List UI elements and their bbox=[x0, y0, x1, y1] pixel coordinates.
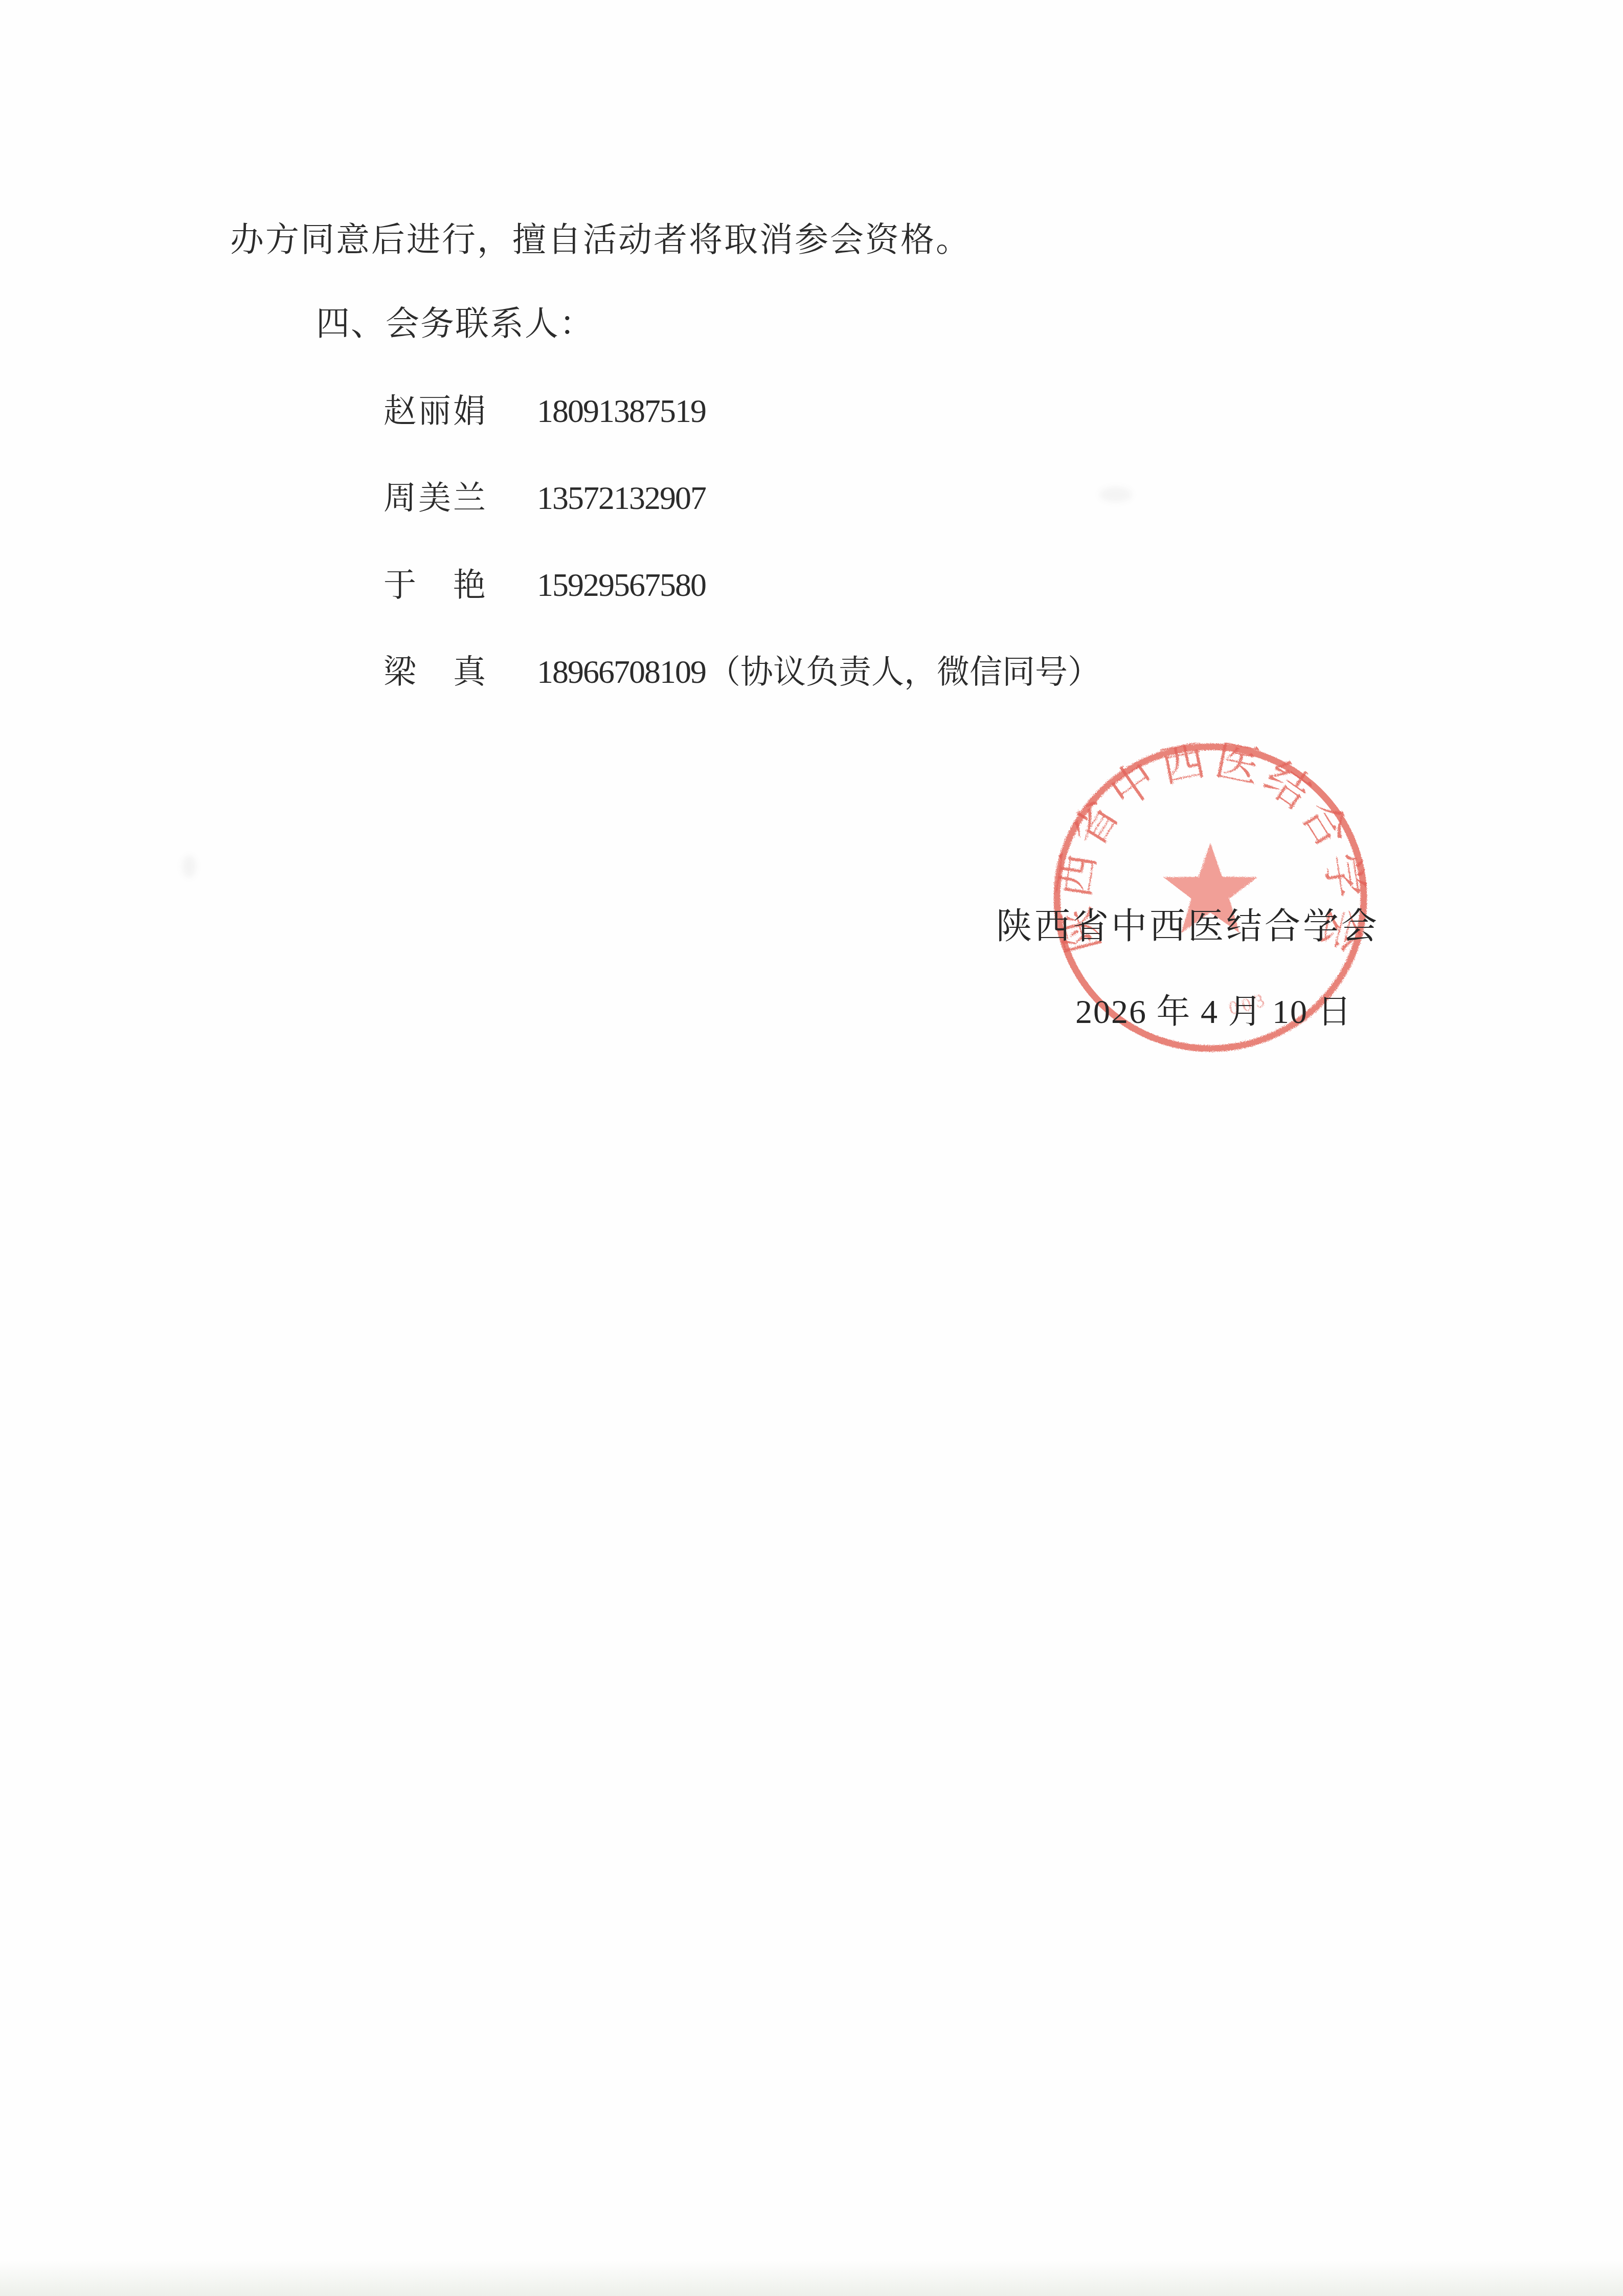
contact-name: 梁 真 bbox=[384, 656, 537, 688]
contact-note: （协议负责人，微信同号） bbox=[708, 654, 1100, 690]
paragraph-continuation: 办方同意后进行，擅自活动者将取消参会资格。 bbox=[230, 224, 971, 257]
contact-phone: 13572132907 bbox=[537, 480, 706, 516]
contact-row: 赵丽娟18091387519 bbox=[384, 395, 708, 428]
signature-organization: 陕西省中西医结合学会 bbox=[996, 909, 1380, 945]
scan-edge-shadow bbox=[0, 2260, 1623, 2296]
signature-date: 2026 年 4 月 10 日 bbox=[1075, 995, 1352, 1029]
scan-smudge bbox=[182, 855, 196, 878]
contact-name: 赵丽娟 bbox=[384, 395, 537, 428]
contact-row: 梁 真18966708109（协议负责人，微信同号） bbox=[384, 656, 1100, 688]
contact-name: 于 艳 bbox=[384, 569, 537, 601]
contact-phone: 15929567580 bbox=[537, 567, 706, 603]
contact-name: 周美兰 bbox=[384, 482, 537, 515]
document-page: 办方同意后进行，擅自活动者将取消参会资格。 四、会务联系人： 赵丽娟180913… bbox=[0, 0, 1623, 2296]
contact-row: 于 艳15929567580 bbox=[384, 569, 708, 601]
contact-phone: 18966708109 bbox=[537, 654, 706, 690]
section-heading: 四、会务联系人： bbox=[316, 307, 594, 341]
scan-smudge bbox=[1099, 487, 1132, 502]
contact-row: 周美兰13572132907 bbox=[384, 482, 708, 515]
contact-phone: 18091387519 bbox=[537, 393, 706, 429]
